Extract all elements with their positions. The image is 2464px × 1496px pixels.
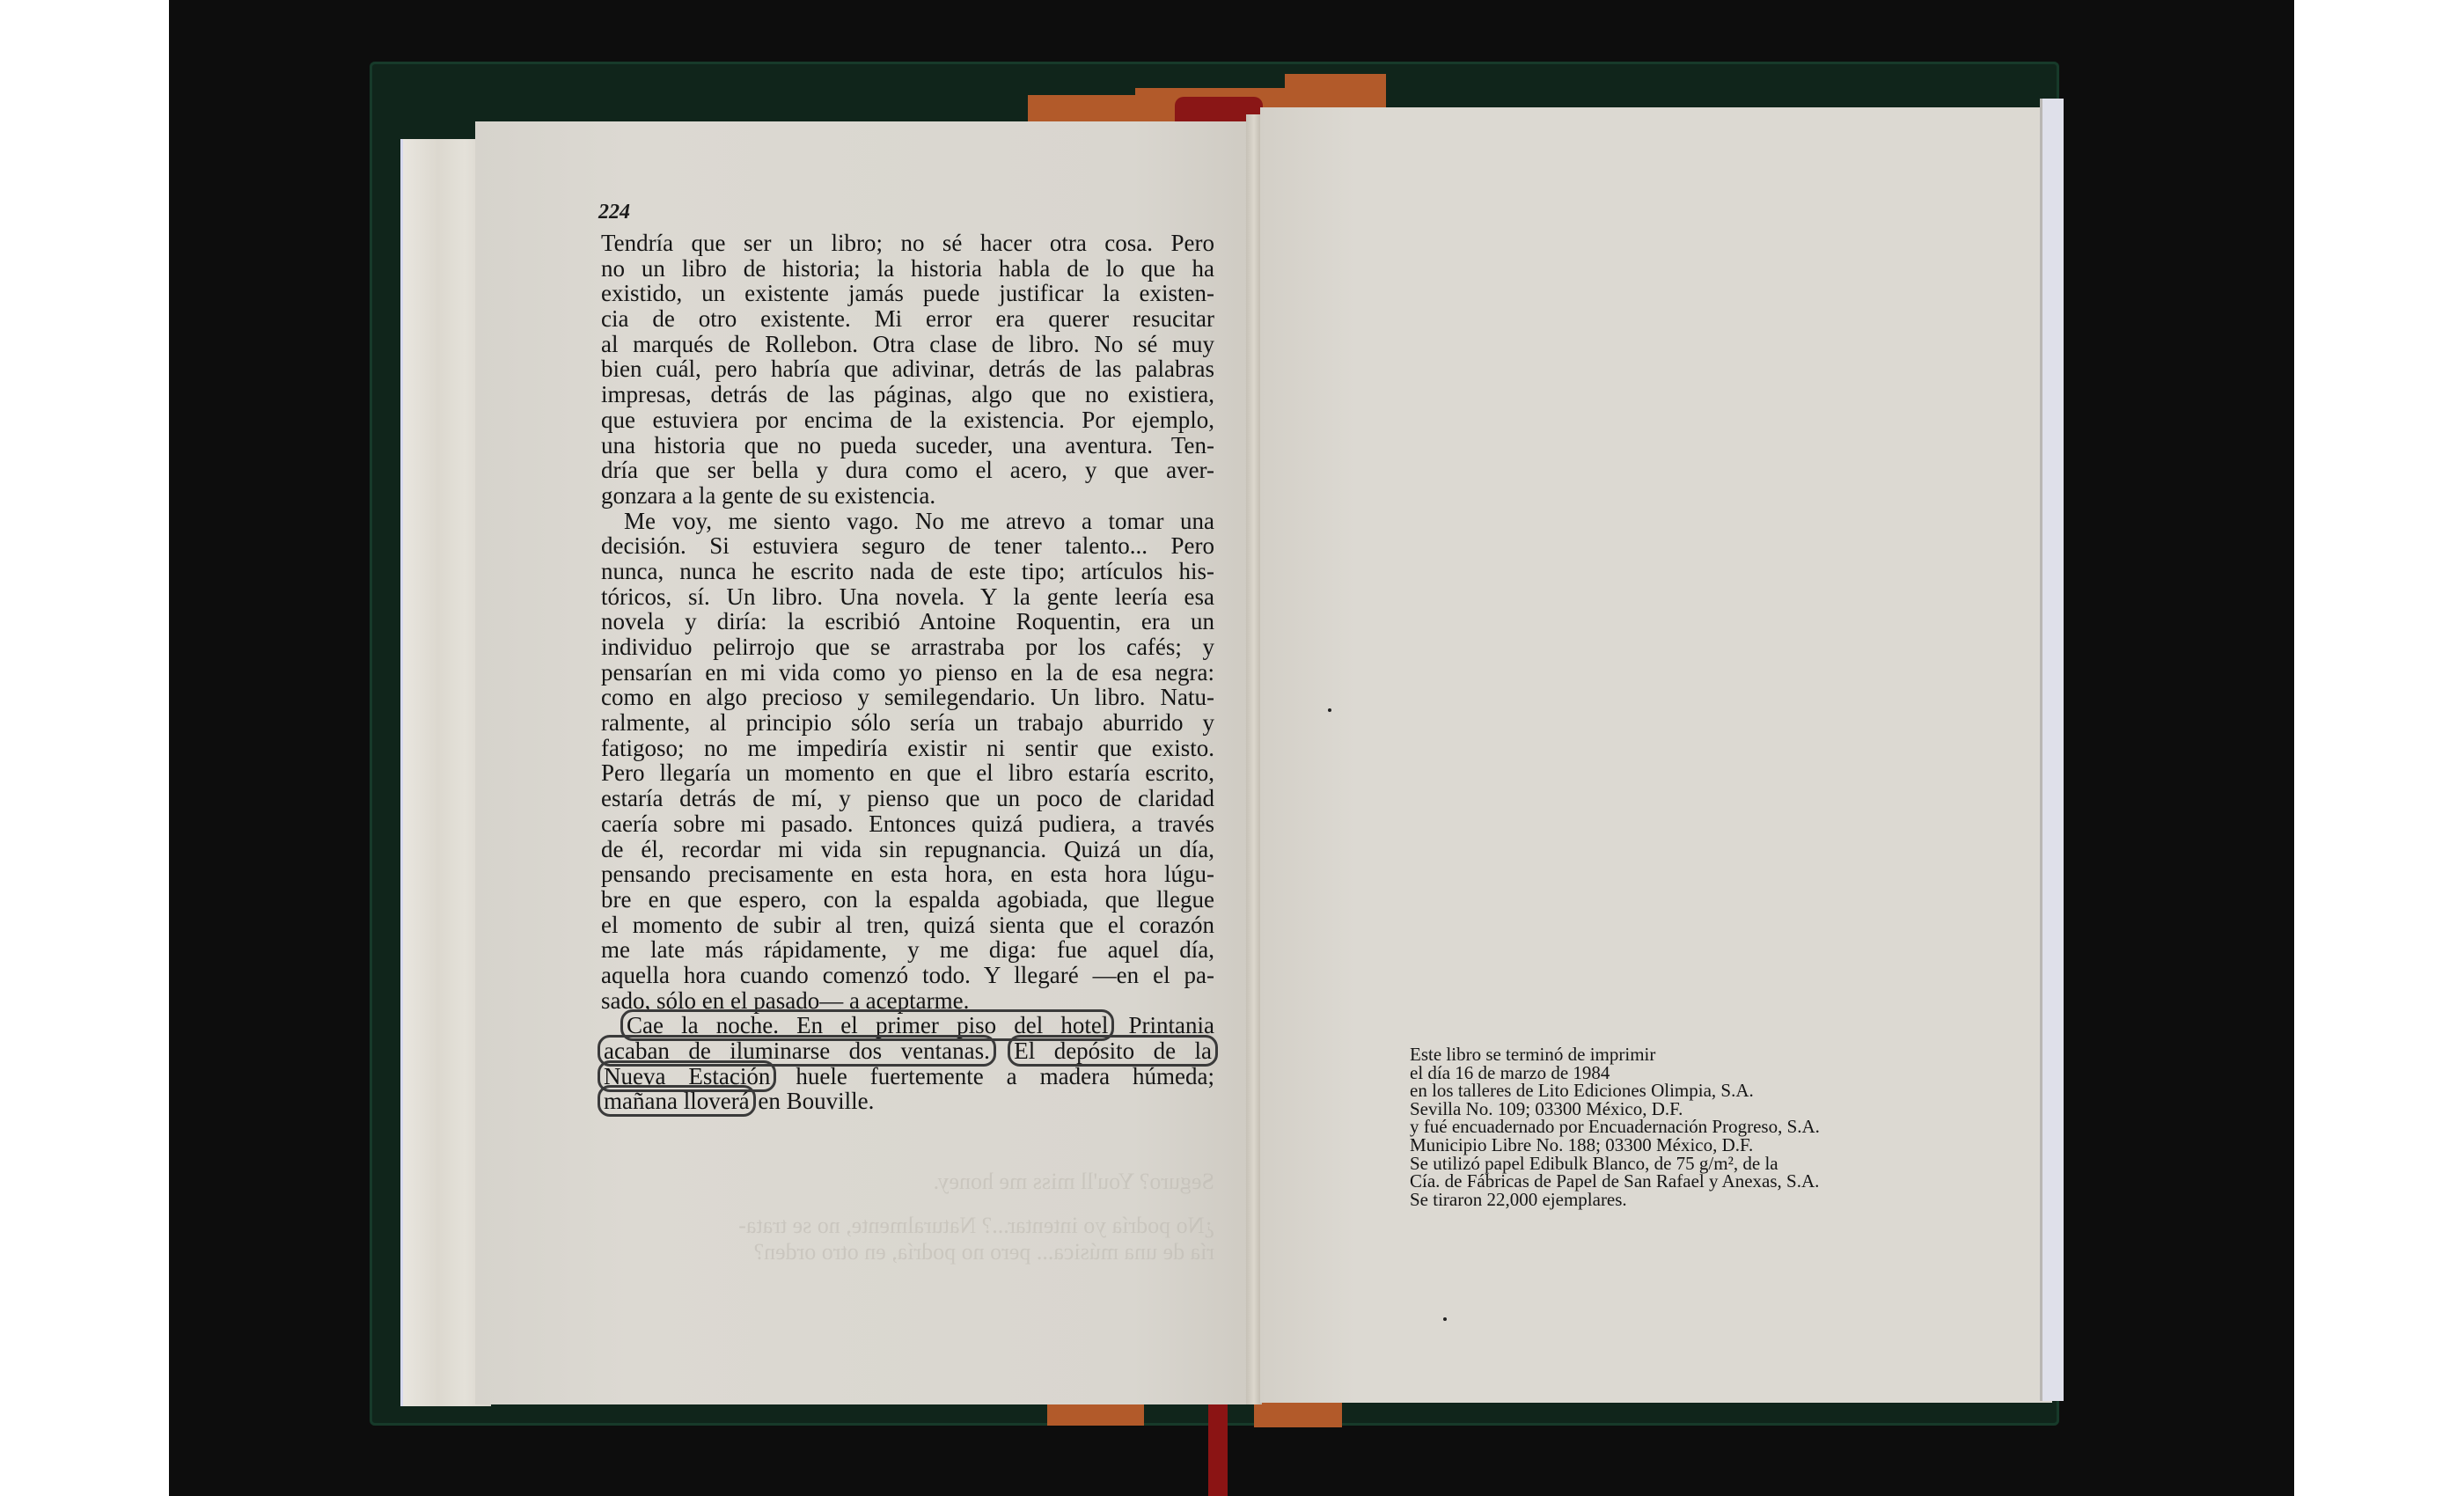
text-line: el momento de subir al tren, quizá sient… [601, 913, 1214, 938]
page-number: 224 [598, 201, 630, 224]
colophon: Este libro se terminó de imprimir el día… [1410, 1045, 1820, 1208]
text-line: individuo pelirrojo que se arrastraba po… [601, 634, 1214, 660]
colophon-line: el día 16 de marzo de 1984 [1410, 1064, 1820, 1082]
text-line: no un libro de historia; la historia hab… [601, 256, 1214, 282]
colophon-line: Municipio Libre No. 188; 03300 México, D… [1410, 1136, 1820, 1155]
text-line: fatigoso; no me impediría existir ni sen… [601, 736, 1214, 761]
text-line: al marqués de Rollebon. Otra clase de li… [601, 332, 1214, 357]
text-line: existido, un existente jamás puede justi… [601, 281, 1214, 306]
text-line: Me voy, me siento vago. No me atrevo a t… [601, 509, 1214, 534]
text-line: bien cuál, pero habría que adivinar, det… [601, 356, 1214, 382]
paper-speck [1328, 708, 1331, 712]
text-line: caería sobre mi pasado. Entonces quizá p… [601, 811, 1214, 837]
text-line: gonzara a la gente de su existencia. [601, 483, 1214, 509]
left-page-body: Tendría que ser un libro; no sé hacer ot… [601, 231, 1214, 1114]
bleed-through-text: Seguro? You'll miss me honey. ¿No podría… [598, 1169, 1214, 1265]
bleed-line: ¿No podría yo intentar...? Naturalmente,… [598, 1213, 1214, 1239]
text-line: de él, recordar mi vida sin repugnancia.… [601, 837, 1214, 862]
colophon-line: Cía. de Fábricas de Papel de San Rafael … [1410, 1172, 1820, 1191]
text-line: estaría detrás de mí, y pienso que un po… [601, 786, 1214, 811]
bookmark-ribbon [1208, 1399, 1228, 1496]
text-line: impresas, detrás de las páginas, algo qu… [601, 382, 1214, 407]
text-line: bre en que espero, con la espalda agobia… [601, 887, 1214, 913]
colophon-line: Este libro se terminó de imprimir [1410, 1045, 1820, 1064]
text-line: decisión. Si estuviera seguro de tener t… [601, 533, 1214, 559]
right-page-stack [2040, 99, 2064, 1401]
text-line: nunca, nunca he escrito nada de este tip… [601, 559, 1214, 584]
text-fragment: en Bouville. [752, 1088, 875, 1114]
colophon-line: Se utilizó papel Edibulk Blanco, de 75 g… [1410, 1155, 1820, 1173]
colophon-line: Se tiraron 22,000 ejemplares. [1410, 1191, 1820, 1209]
text-line: Tendría que ser un libro; no sé hacer ot… [601, 231, 1214, 256]
text-line: aquella hora cuando comenzó todo. Y lleg… [601, 963, 1214, 988]
text-line: ralmente, al principio sólo sería un tra… [601, 710, 1214, 736]
pen-circle-annotation: El depósito de la [1008, 1035, 1218, 1067]
pen-circle-annotation: mañana lloverá [598, 1085, 756, 1117]
text-line: una historia que no pueda suceder, una a… [601, 433, 1214, 458]
text-line: como en algo precioso y semilegendario. … [601, 685, 1214, 710]
annotated-line: mañana lloverá en Bouville. [601, 1089, 1214, 1114]
text-line: dría que ser bella y dura como el acero,… [601, 458, 1214, 483]
text-line: Pero llegaría un momento en que el libro… [601, 760, 1214, 786]
text-line: pensando precisamente en esta hora, en e… [601, 862, 1214, 887]
text-line: novela y diría: la escribió Antoine Roqu… [601, 609, 1214, 634]
text-line: cia de otro existente. Mi error era quer… [601, 306, 1214, 332]
text-line: que estuviera por encima de la existenci… [601, 407, 1214, 433]
text-line: me late más rápidamente, y me diga: fue … [601, 937, 1214, 963]
bleed-line: ría de una música... pero no podría, en … [598, 1239, 1214, 1265]
colophon-line: Sevilla No. 109; 03300 México, D.F. [1410, 1100, 1820, 1118]
text-fragment: huele fuertemente a madera húmeda; [773, 1063, 1214, 1089]
colophon-line: y fué encuadernado por Encuadernación Pr… [1410, 1118, 1820, 1136]
colophon-line: en los talleres de Lito Ediciones Olimpi… [1410, 1082, 1820, 1100]
text-line: pensarían en mi vida como yo pienso en l… [601, 660, 1214, 686]
bleed-line: Seguro? You'll miss me honey. [598, 1169, 1214, 1195]
paper-speck [1443, 1317, 1447, 1321]
text-line: tóricos, sí. Un libro. Una novela. Y la … [601, 584, 1214, 610]
